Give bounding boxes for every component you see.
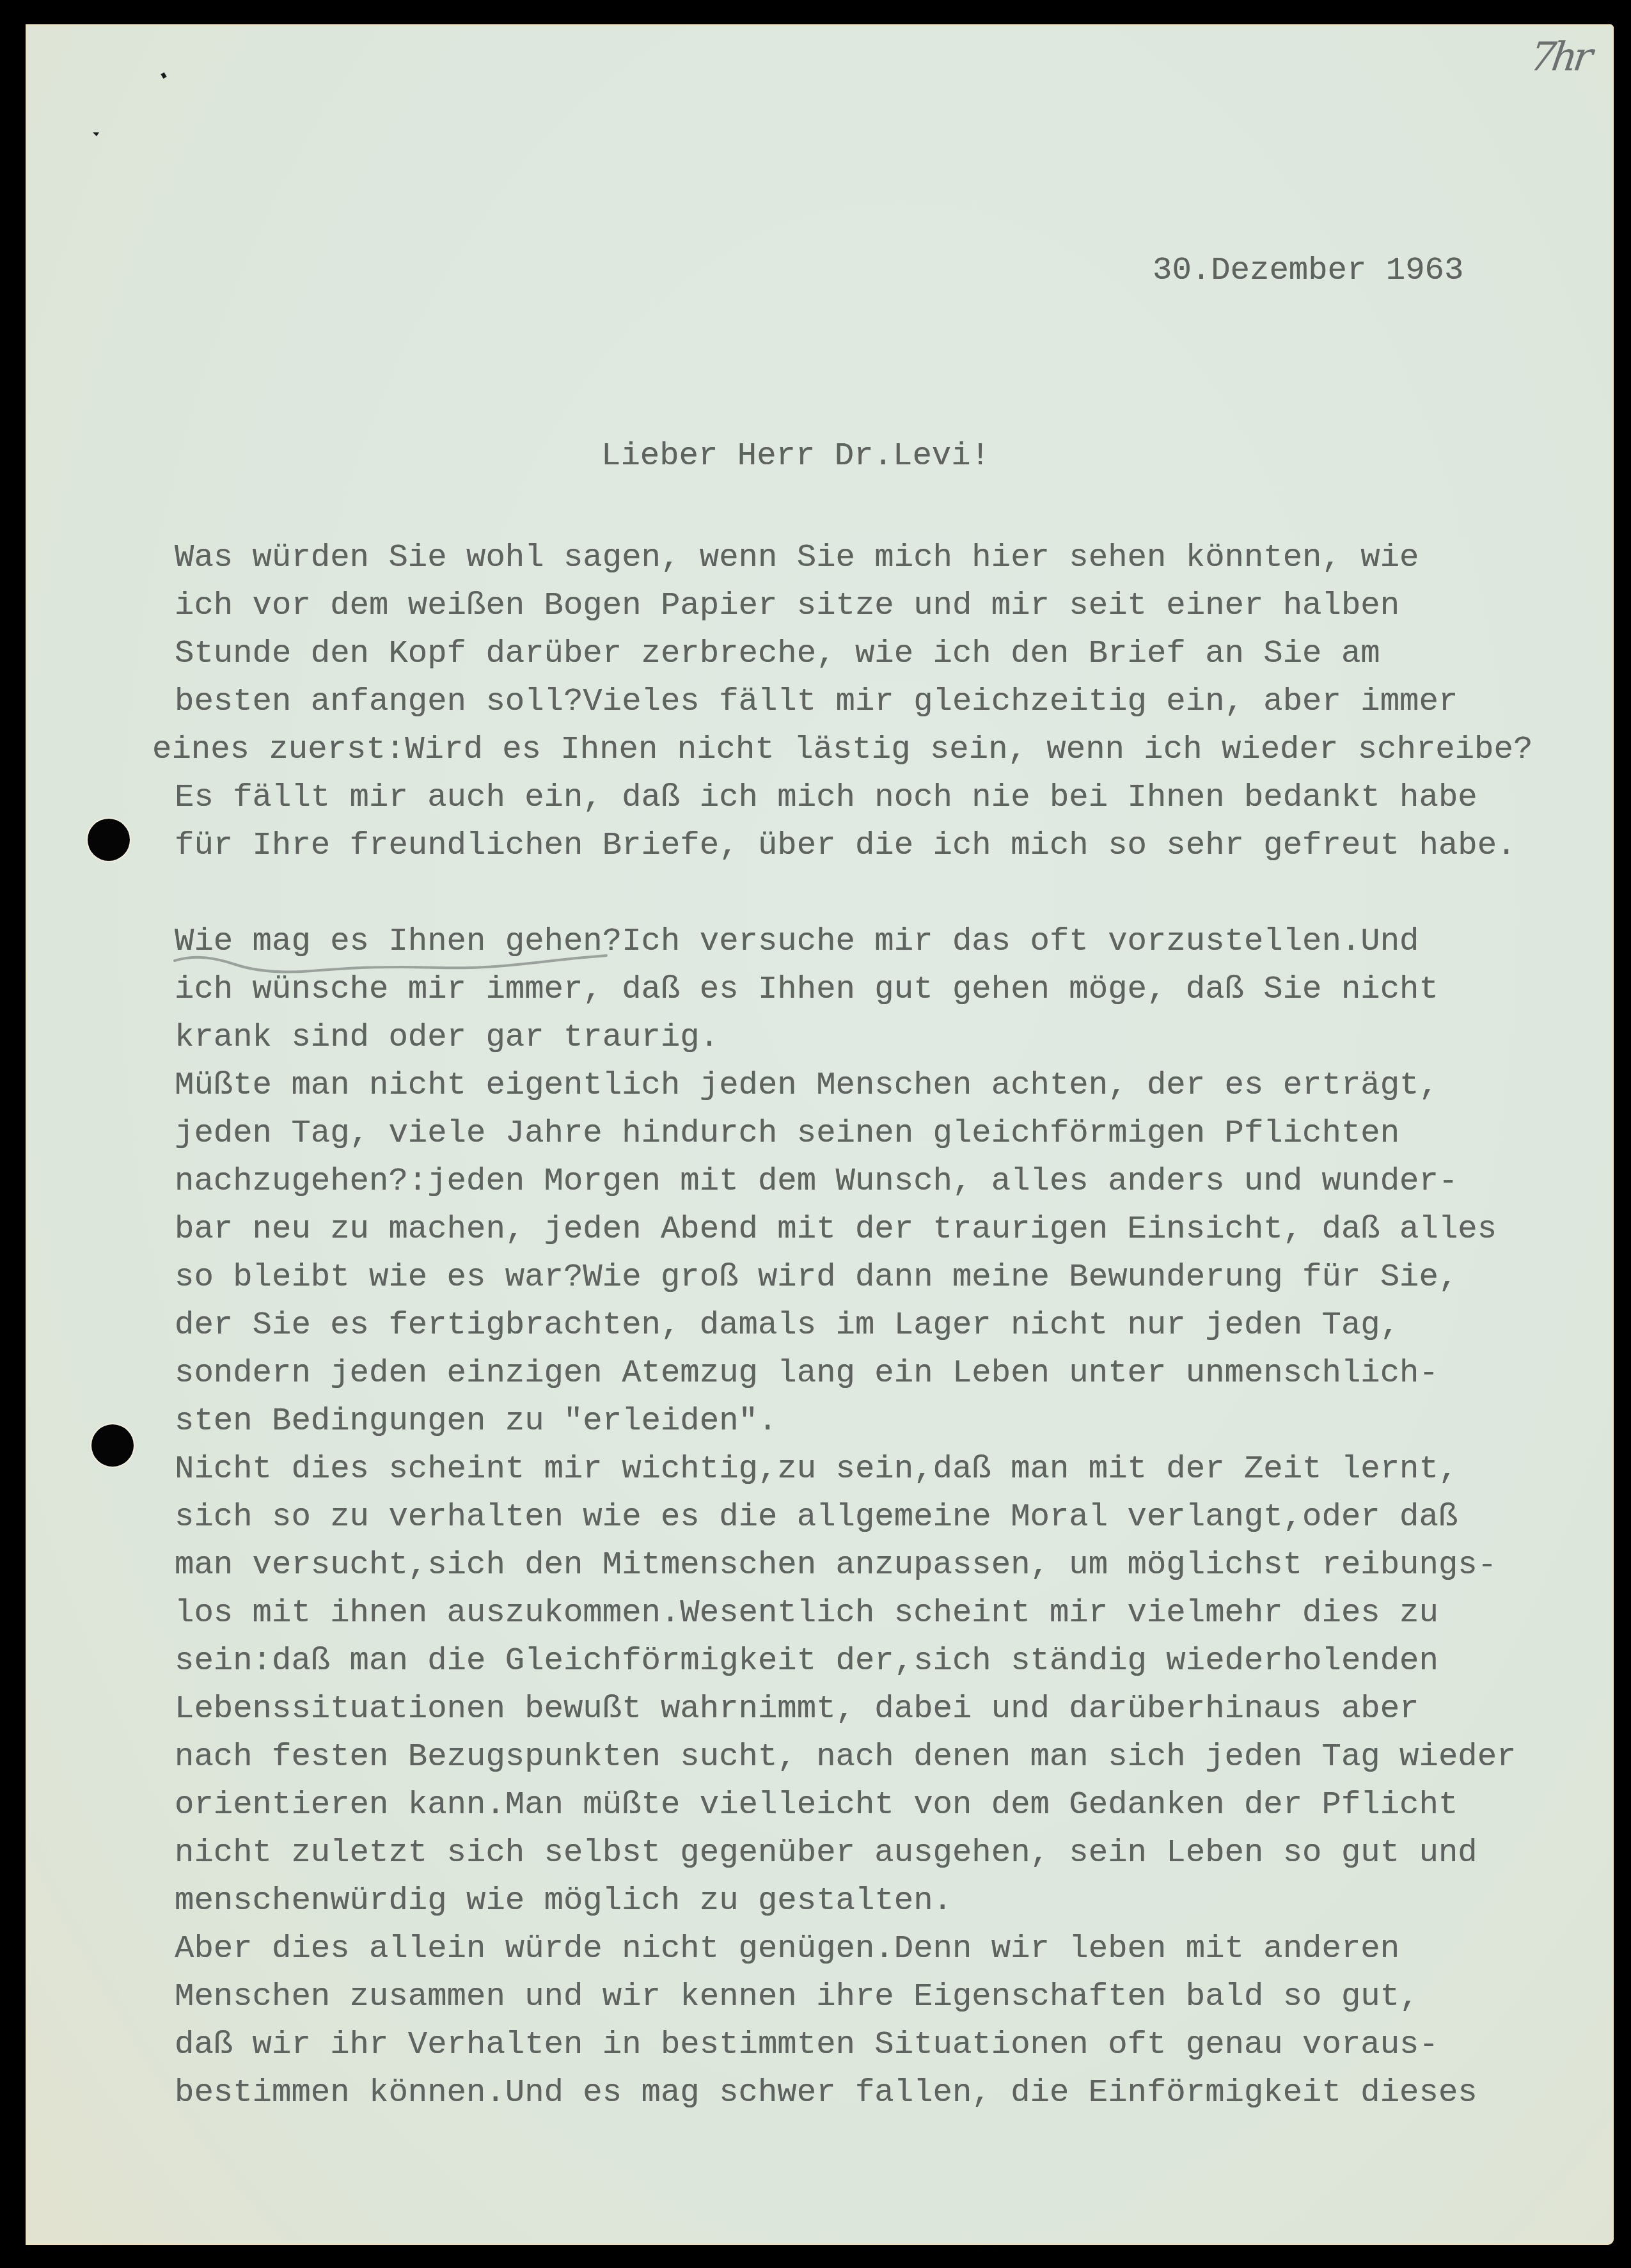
letter-line: so bleibt wie es war?Wie groß wird dann … — [175, 1262, 1458, 1295]
letter-salutation: Lieber Herr Dr.Levi! — [601, 441, 990, 473]
letter-line: Menschen zusammen und wir kennen ihre Ei… — [175, 1981, 1419, 2014]
letter-line: sein:daß man die Gleichförmigkeit der,si… — [175, 1646, 1438, 1678]
letter-line: jeden Tag, viele Jahre hindurch seinen g… — [175, 1118, 1399, 1151]
letter-line: Aber dies allein würde nicht genügen.Den… — [175, 1933, 1399, 1966]
letter-line: nicht zuletzt sich selbst gegenüber ausg… — [175, 1838, 1477, 1870]
pencil-underline — [171, 953, 619, 979]
punch-hole-bottom — [91, 1424, 134, 1467]
letter-line: man versucht,sich den Mitmenschen anzupa… — [175, 1550, 1497, 1582]
letter-line: bestimmen können.Und es mag schwer falle… — [175, 2077, 1477, 2110]
letter-line: orientieren kann.Man müßte vielleicht vo… — [175, 1790, 1458, 1822]
letter-line: nach festen Bezugspunkten sucht, nach de… — [175, 1742, 1517, 1774]
letter-line: sten Bedingungen zu "erleiden". — [175, 1406, 777, 1438]
letter-line: Nicht dies scheint mir wichtig,zu sein,d… — [175, 1454, 1458, 1486]
letter-line: krank sind oder gar traurig. — [175, 1022, 719, 1055]
letter-line: Es fällt mir auch ein, daß ich mich noch… — [175, 782, 1477, 815]
letter-line: sondern jeden einzigen Atemzug lang ein … — [175, 1358, 1438, 1390]
letter-line: daß wir ihr Verhalten in bestimmten Situ… — [175, 2029, 1438, 2062]
letter-line: Was würden Sie wohl sagen, wenn Sie mich… — [175, 542, 1419, 575]
letter-line: bar neu zu machen, jeden Abend mit der t… — [175, 1214, 1497, 1247]
letter-line: los mit ihnen auszukommen.Wesentlich sch… — [175, 1598, 1438, 1630]
letter-line: sich so zu verhalten wie es die allgemei… — [175, 1502, 1458, 1534]
letter-line: Lebenssituationen bewußt wahrnimmt, dabe… — [175, 1694, 1419, 1726]
letter-line: menschenwürdig wie möglich zu gestalten. — [175, 1886, 952, 1918]
letter-line: ich vor dem weißen Bogen Papier sitze un… — [175, 590, 1399, 623]
letter-line: für Ihre freundlichen Briefe, über die i… — [175, 830, 1517, 863]
letter-line: nachzugehen?:jeden Morgen mit dem Wunsch… — [175, 1166, 1458, 1199]
letter-line: eines zuerst:Wird es Ihnen nicht lästig … — [152, 734, 1533, 767]
punch-hole-top — [88, 819, 130, 861]
letter-line: Stunde den Kopf darüber zerbreche, wie i… — [175, 638, 1380, 671]
letter-line: der Sie es fertigbrachten, damals im Lag… — [175, 1310, 1399, 1343]
letter-date: 30.Dezember 1963 — [1153, 255, 1463, 288]
letter-line: Müßte man nicht eigentlich jeden Mensche… — [175, 1070, 1438, 1103]
letter-line: ich wünsche mir immer, daß es Ihhen gut … — [175, 974, 1438, 1007]
page-number-annotation: 7hr — [1527, 33, 1592, 80]
letter-line: besten anfangen soll?Vieles fällt mir gl… — [175, 686, 1458, 719]
